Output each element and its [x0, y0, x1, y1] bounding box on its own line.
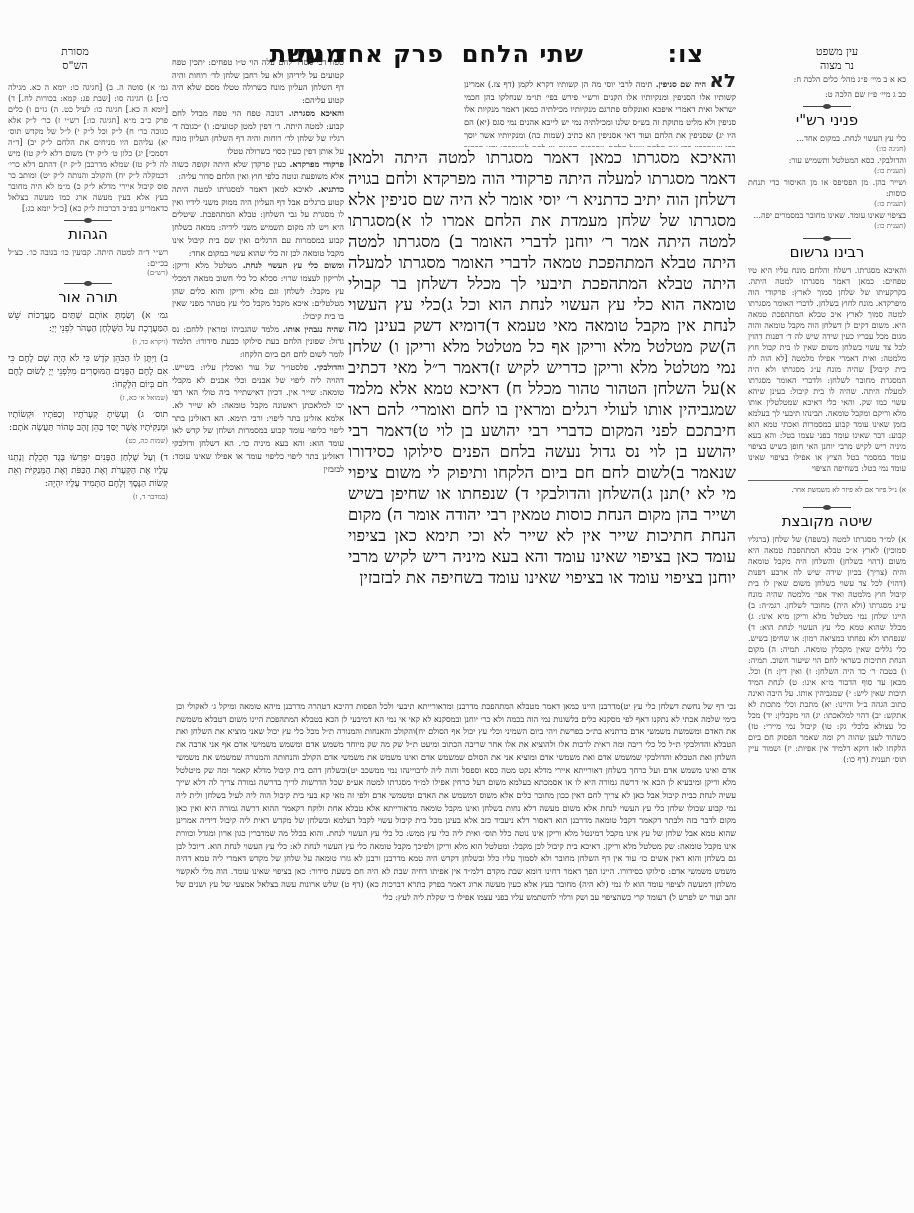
footnote-rule: [748, 480, 868, 481]
tosafot-opening-word: לא: [709, 74, 736, 92]
right-margin-column: כא א ב מיי׳ פ״ג מהל׳ כלים הלכה ח: כב ג מ…: [748, 74, 906, 765]
tosafot-dibbur-hamatchil: היה שם סניפין.: [656, 79, 706, 89]
shita-mekubetzet-text: א) למ״ד מסגרתו למטה (בשפה) של שלחן (ברגל…: [748, 534, 906, 765]
torah-or-title: תורה אור: [8, 288, 168, 306]
tosafot-bottom-continuation: נכי דף של נחשת דשלחן כלי עץ יט)מדרבנן הי…: [176, 700, 736, 1030]
rashi-entry: פרקודי מפרקדא. כעין פרקדן שלא היתה זקופה…: [172, 158, 344, 183]
rashi-entry: שהיה נגבהין אותו. מלמד שהגביהו ומראין לל…: [172, 323, 344, 361]
rabbeinu-gershom-title: רבינו גרשום: [748, 243, 906, 261]
ornament-divider: [8, 283, 168, 284]
daf-number: צו:: [667, 40, 704, 68]
ein-mishpat-label: עין משפט נר מצוה: [782, 45, 892, 73]
rashi-continuation: טפח דכי מסדר לחם עלה הוי ט״ו טפחים: יתכי…: [172, 56, 344, 107]
shita-mekubetzet-title: שיטה מקובצת: [748, 512, 906, 530]
ein-mishpat-entry: כב ג מיי׳ פ״ז שם הלכה ט:: [748, 89, 906, 100]
torah-or-entry: ד) וְעַל שֻׁלְחַן הַפָּנִים יִפְרְשׂוּ ב…: [8, 452, 168, 504]
pninei-rashi-entry: כלי עץ העשוי לנחת. במקום אחד...(חגיגה כו…: [748, 133, 906, 155]
ornament-divider: [748, 238, 906, 239]
torah-or-entry: ב) וַיִּתֶּן לוֹ הַכֹּהֵן קֹדֶשׁ כִּי לֹ…: [8, 353, 168, 405]
rashi-entry: והדולבקי. פלסטו״ר של עור ואוכלין עליו: ב…: [172, 361, 344, 475]
masoret-hashas-text: גמ׳ א) סוטה ה. ב) [חגיגה כו: יומא ה כא. …: [8, 82, 168, 214]
chapter-name: שתי הלחם: [462, 40, 584, 68]
rashi-entry: כדתניא. לאיכא למאן דאמר למסגרתו למטה הית…: [172, 183, 344, 259]
pninei-rashi-entry: בציפוי שאינו עומד. שאינו מחובר במסמרים י…: [748, 210, 906, 232]
ein-mishpat-entry: כא א ב מיי׳ פ״ג מהל׳ כלים הלכה ח:: [748, 74, 906, 85]
rashi-column: טפח דכי מסדר לחם עלה הוי ט״ו טפחים: יתכי…: [172, 56, 344, 706]
rabbeinu-gershom-note: א) נ״ל פיזר אם לא פיזר לא משמשת אחר.: [748, 485, 906, 495]
masoret-hashas-label: מסורת הש"ס: [30, 45, 120, 73]
rashi-entry: והאיכא מסגרתו. דגובה טפח הוי טפח מבדל לח…: [172, 107, 344, 158]
torah-or-entry: תוס׳ ג) וְעָשִׂיתָ קְעָרֹתָיו וְכַפֹּתָי…: [8, 409, 168, 448]
gemara-main-text: והאיכא מסגרתו כמאן דאמר מסגרתו למטה היתה…: [348, 147, 736, 692]
rashi-entry: ומשום כלי עץ העשוי לנחת. מטלטל מלא וריקן…: [172, 259, 344, 323]
hagahot-source: (רש״ם): [8, 269, 168, 277]
left-margin-column: גמ׳ א) סוטה ה. ב) [חגיגה כו: יומא ה כא. …: [8, 82, 168, 508]
ornament-divider: [748, 106, 906, 107]
rabbeinu-gershom-text: והאיכא מסגרתו. דשלח והלחם מונח עליו היא …: [748, 265, 906, 474]
pninei-rashi-entry: והדולבקי. כסא המטלטל ותשמיש עור:(תענית כ…: [748, 155, 906, 177]
torah-or-entry: גמ׳ א) וְשַׂמְתָּ אוֹתָם שְׁתַּיִם מַעֲר…: [8, 310, 168, 349]
pninei-rashi-entry: ושייר בהן. מן הפסיפס או מן האיסור כדי תנ…: [748, 177, 906, 210]
pninei-rashi-title: פניני רש"י: [748, 111, 906, 129]
ein-mishpat-label-line1: עין משפט: [782, 45, 892, 59]
ornament-divider: [8, 220, 168, 221]
masoret-label-line2: הש"ס: [30, 59, 120, 73]
hagahot-text: רש״י ד״ה למטה היתה. קבועין כו׳ בגובה כו׳…: [8, 247, 168, 269]
masoret-label-line1: מסורת: [30, 45, 120, 59]
hagahot-title: הגהות: [8, 225, 168, 243]
ein-mishpat-label-line2: נר מצוה: [782, 59, 892, 73]
ornament-divider: [748, 507, 906, 508]
